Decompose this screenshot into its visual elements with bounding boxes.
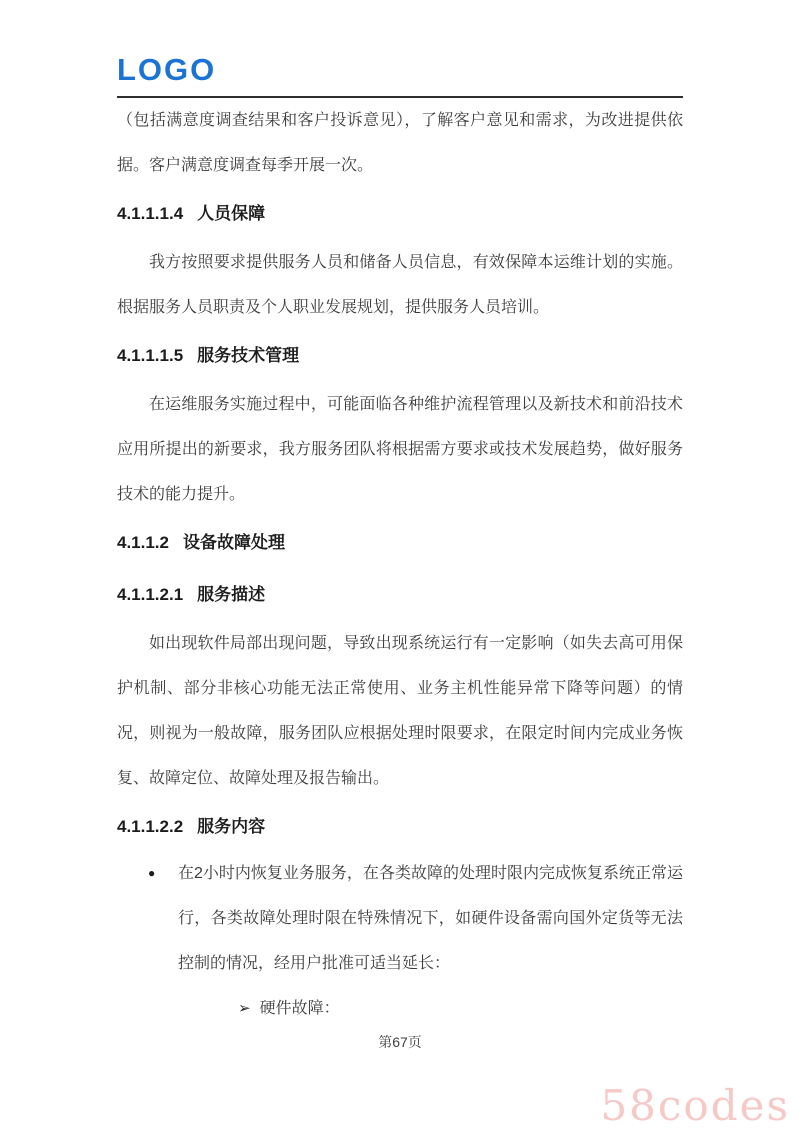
intro-paragraph: （包括满意度调查结果和客户投诉意见），了解客户意见和需求，为改进提供依据。客户满… xyxy=(117,98,683,188)
heading-service-description: 4.1.1.2.1服务描述 xyxy=(117,583,683,607)
heading-title: 人员保障 xyxy=(197,204,265,223)
heading-title: 设备故障处理 xyxy=(183,533,285,552)
sub-list-item-text: 硬件故障： xyxy=(260,986,340,1031)
heading-service-tech-management: 4.1.1.1.5服务技术管理 xyxy=(117,344,683,368)
page-content: LOGO （包括满意度调查结果和客户投诉意见），了解客户意见和需求，为改进提供依… xyxy=(0,0,800,1031)
page-header: LOGO xyxy=(117,0,683,98)
company-logo: LOGO xyxy=(117,52,216,88)
page-number: 第67页 xyxy=(378,1034,422,1050)
document-page: LOGO （包括满意度调查结果和客户投诉意见），了解客户意见和需求，为改进提供依… xyxy=(0,0,800,1132)
arrow-bullet-icon: ➢ xyxy=(238,986,251,1031)
paragraph-service-description: 如出现软件局部出现问题，导致出现系统运行有一定影响（如失去高可用保护机制、部分非… xyxy=(117,621,683,801)
watermark: 58codes xyxy=(600,1085,790,1127)
page-footer: 第67页 xyxy=(0,1032,800,1052)
heading-number: 4.1.1.1.5 xyxy=(117,346,183,365)
heading-number: 4.1.1.2.1 xyxy=(117,585,183,604)
heading-service-content: 4.1.1.2.2服务内容 xyxy=(117,815,683,839)
heading-equipment-fault-handling: 4.1.1.2设备故障处理 xyxy=(117,531,683,555)
paragraph-service-tech-management: 在运维服务实施过程中，可能面临各种维护流程管理以及新技术和前沿技术应用所提出的新… xyxy=(117,382,683,517)
paragraph-personnel-guarantee: 我方按照要求提供服务人员和储备人员信息，有效保障本运维计划的实施。根据服务人员职… xyxy=(117,240,683,330)
heading-title: 服务技术管理 xyxy=(197,346,299,365)
heading-title: 服务描述 xyxy=(197,585,265,604)
heading-number: 4.1.1.2 xyxy=(117,533,169,552)
list-item: ● 在2小时内恢复业务服务，在各类故障的处理时限内完成恢复系统正常运行，各类故障… xyxy=(117,851,683,986)
list-item-text: 在2小时内恢复业务服务，在各类故障的处理时限内完成恢复系统正常运行，各类故障处理… xyxy=(178,851,683,986)
heading-personnel-guarantee: 4.1.1.1.4人员保障 xyxy=(117,202,683,226)
bullet-icon: ● xyxy=(148,851,178,896)
sub-list-item: ➢ 硬件故障： xyxy=(117,986,683,1031)
heading-title: 服务内容 xyxy=(197,817,265,836)
heading-number: 4.1.1.1.4 xyxy=(117,204,183,223)
heading-number: 4.1.1.2.2 xyxy=(117,817,183,836)
